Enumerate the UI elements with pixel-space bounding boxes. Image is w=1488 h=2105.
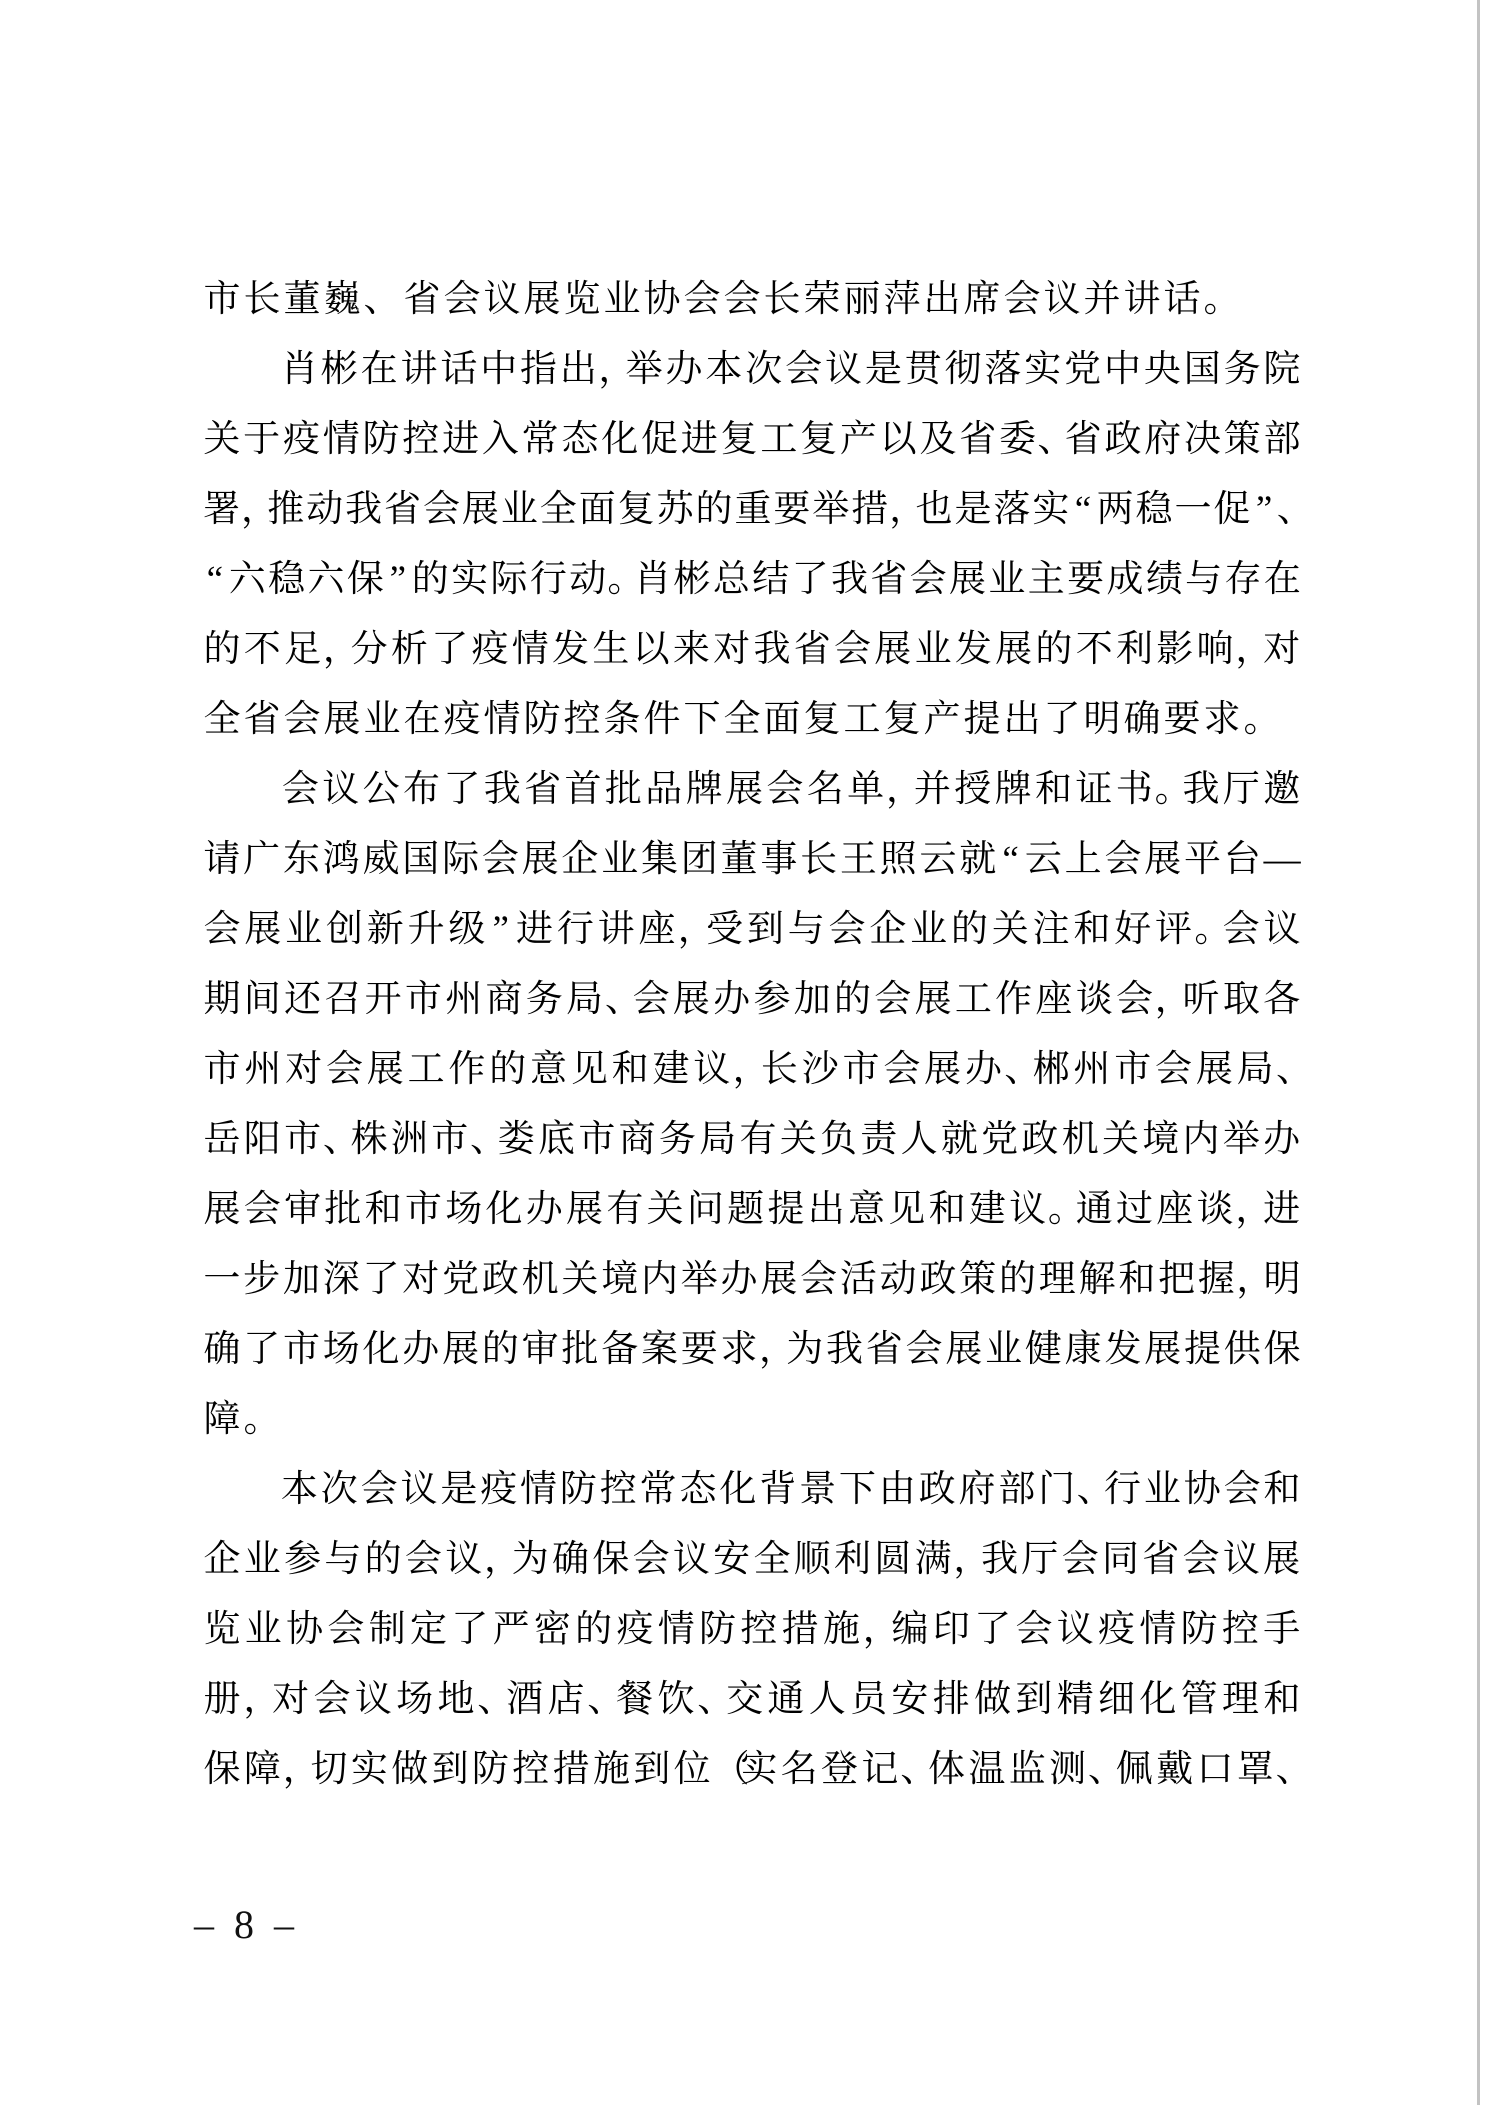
char: 办 xyxy=(712,965,752,1035)
scan-edge-line xyxy=(1477,0,1480,2105)
char: 东 xyxy=(282,825,322,895)
char: 交 xyxy=(725,1665,765,1735)
char: 际 xyxy=(489,545,528,615)
char: 了 xyxy=(790,545,829,615)
char: 提 xyxy=(962,685,1002,755)
char: 、 xyxy=(900,1735,926,1805)
char: 和 xyxy=(1072,895,1112,965)
text-line-15: 一步加深了对党政机关境内举办展会活动政策的理解和把握，明 xyxy=(202,1245,1302,1315)
text-line-20: 览业协会制定了严密的疫情防控措施，编印了会议疫情防控手 xyxy=(202,1595,1302,1665)
char: 册 xyxy=(202,1665,242,1735)
char: 。 xyxy=(242,1385,282,1455)
char: 发 xyxy=(1103,1315,1143,1385)
char: 提 xyxy=(1183,1315,1223,1385)
char: 集 xyxy=(640,825,680,895)
char: 展 xyxy=(243,895,283,965)
char: 会 xyxy=(422,475,461,545)
char: 省 xyxy=(869,545,908,615)
char: 到 xyxy=(1014,1665,1054,1735)
char: 复 xyxy=(802,685,842,755)
char: 体 xyxy=(927,1735,967,1805)
char: 党 xyxy=(980,1105,1020,1175)
paragraph-indent xyxy=(202,790,280,791)
char: 部 xyxy=(1262,405,1302,475)
char: 发 xyxy=(953,615,993,685)
char: 障 xyxy=(202,1385,242,1455)
char: 州 xyxy=(243,1035,283,1105)
char: 局 xyxy=(698,1105,738,1175)
char: 理 xyxy=(1221,1665,1261,1735)
char: 云 xyxy=(1023,825,1063,895)
char: 展 xyxy=(522,265,562,335)
char: 题 xyxy=(726,1175,766,1245)
char: 指 xyxy=(519,335,559,405)
char: 会 xyxy=(280,755,320,825)
char: 院 xyxy=(1262,335,1302,405)
char: 防 xyxy=(1179,1595,1219,1665)
char: 关 xyxy=(202,405,242,475)
char: 我 xyxy=(980,1525,1020,1595)
text-line-1: 市长董巍、省会议展览业协会会长荣丽萍出席会议并讲话。 xyxy=(202,265,1302,335)
char: 动 xyxy=(568,545,607,615)
char: 会 xyxy=(904,1315,944,1385)
char: 办 xyxy=(401,1315,441,1385)
char: “ xyxy=(202,545,228,615)
char: 也 xyxy=(915,475,954,545)
char: 办 xyxy=(1262,1105,1302,1175)
char: 团 xyxy=(679,825,719,895)
char: 确 xyxy=(1122,685,1162,755)
char: 问 xyxy=(685,1175,725,1245)
char: 议 xyxy=(444,1525,484,1595)
char: ， xyxy=(759,1315,785,1385)
char: 展 xyxy=(1194,1035,1234,1105)
char: 批 xyxy=(603,755,643,825)
char: 有 xyxy=(738,1105,778,1175)
char: 利 xyxy=(1114,615,1154,685)
char: 市 xyxy=(202,1035,242,1105)
char: 把 xyxy=(1157,1245,1197,1315)
char: 生 xyxy=(591,615,631,685)
char: 议 xyxy=(1262,895,1302,965)
char: 态 xyxy=(678,1455,718,1525)
char: 董 xyxy=(282,265,322,335)
char: 、 xyxy=(1276,1735,1302,1805)
char: 明 xyxy=(1262,1245,1302,1315)
char: ， xyxy=(953,1525,979,1595)
text-line-3: 关于疫情防控进入常态化促进复工复产以及省委、省政府决策部 xyxy=(202,405,1302,475)
char: 析 xyxy=(389,615,429,685)
char: 市 xyxy=(403,965,443,1035)
char: 取 xyxy=(1221,965,1261,1035)
char: 供 xyxy=(1222,1315,1262,1385)
char: 会 xyxy=(1060,1525,1100,1595)
char: 。 xyxy=(1048,1175,1074,1245)
char: 措 xyxy=(850,475,889,545)
char: 酒 xyxy=(505,1665,545,1735)
char: 的 xyxy=(480,1315,520,1385)
char: 测 xyxy=(1048,1735,1088,1805)
char: 下 xyxy=(838,1455,878,1525)
char: 次 xyxy=(319,1455,359,1525)
char: 控 xyxy=(511,1735,551,1805)
char: 会 xyxy=(1002,265,1042,335)
char: 展 xyxy=(520,825,560,895)
char: 手 xyxy=(1262,1595,1302,1665)
char: 同 xyxy=(1100,1525,1140,1595)
char: 。 xyxy=(1155,755,1181,825)
char: 明 xyxy=(1082,685,1122,755)
char: 党 xyxy=(441,1245,481,1315)
char: 境 xyxy=(1141,1105,1181,1175)
char: 不 xyxy=(1074,615,1114,685)
char: 以 xyxy=(878,405,918,475)
char: 举 xyxy=(1221,1105,1261,1175)
char: 议 xyxy=(1055,1595,1095,1665)
char: 作 xyxy=(994,965,1034,1035)
char: 发 xyxy=(551,615,591,685)
char: 对 xyxy=(401,1245,441,1315)
char: 全 xyxy=(539,475,578,545)
char: 会 xyxy=(480,825,520,895)
char: 为 xyxy=(785,1315,825,1385)
char: 话 xyxy=(1162,265,1202,335)
char: 受 xyxy=(705,895,745,965)
char: 议 xyxy=(1008,1175,1048,1245)
char: 背 xyxy=(758,1455,798,1525)
char: 关 xyxy=(1100,1105,1140,1175)
char: 会 xyxy=(1221,895,1261,965)
char: 疫 xyxy=(442,685,482,755)
char: 戴 xyxy=(1155,1735,1195,1805)
char: 和 xyxy=(610,1035,650,1105)
char: 活 xyxy=(839,1245,879,1315)
char: 保 xyxy=(202,1735,242,1805)
char: 举 xyxy=(624,335,664,405)
char: 长 xyxy=(799,825,839,895)
char: 署 xyxy=(202,475,241,545)
char: 满 xyxy=(913,1525,953,1595)
char: 、 xyxy=(477,1665,503,1735)
char: 会 xyxy=(784,335,824,405)
char: 出 xyxy=(806,1175,846,1245)
char: 严 xyxy=(491,1595,531,1665)
char: 对 xyxy=(284,1035,324,1105)
char: 展 xyxy=(1262,1525,1302,1595)
char: 关 xyxy=(560,1245,600,1315)
char: 实 xyxy=(450,545,489,615)
char: 务 xyxy=(657,1105,697,1175)
char: 中 xyxy=(1103,335,1143,405)
char: 会 xyxy=(1222,1455,1262,1525)
char: 化 xyxy=(600,405,640,475)
char: 级 xyxy=(447,895,487,965)
char: 分 xyxy=(349,615,389,685)
char: 全 xyxy=(202,685,242,755)
char: 意 xyxy=(529,1035,569,1105)
char: 展 xyxy=(948,545,987,615)
char: 座 xyxy=(1034,965,1074,1035)
char: 新 xyxy=(365,895,405,965)
char: 展 xyxy=(913,965,953,1035)
char: 会 xyxy=(359,1455,399,1525)
char: 建 xyxy=(651,1035,691,1105)
char: ， xyxy=(863,1595,889,1665)
char: 议 xyxy=(692,1035,732,1105)
char: 议 xyxy=(321,755,361,825)
char: 产 xyxy=(922,685,962,755)
char: 求 xyxy=(719,1315,759,1385)
char: 的 xyxy=(1034,615,1074,685)
char: 登 xyxy=(820,1735,860,1805)
char: 党 xyxy=(1063,335,1103,405)
char: 会 xyxy=(631,965,671,1035)
char: ， xyxy=(889,475,914,545)
char: 到 xyxy=(745,895,785,965)
char: 情 xyxy=(321,405,361,475)
char: 饮 xyxy=(656,1665,696,1735)
char: 业 xyxy=(243,1595,283,1665)
char: 次 xyxy=(744,335,784,405)
char: 省 xyxy=(242,685,282,755)
char: 评 xyxy=(1154,895,1194,965)
char: 进 xyxy=(515,895,555,965)
char: 中 xyxy=(479,335,519,405)
char: 市 xyxy=(403,1175,443,1245)
char: 保 xyxy=(1262,1315,1302,1385)
char: 会 xyxy=(242,1175,282,1245)
char: 、 xyxy=(697,1665,723,1735)
char: 是 xyxy=(954,475,993,545)
text-line-21: 册，对会议场地、酒店、餐饮、交通人员安排做到精细化管理和 xyxy=(202,1665,1302,1735)
char: 控 xyxy=(598,1455,638,1525)
char: 并 xyxy=(912,755,952,825)
char: 办 xyxy=(524,1175,564,1245)
char: 与 xyxy=(1184,545,1223,615)
char: 下 xyxy=(682,685,722,755)
char: 展 xyxy=(202,1175,242,1245)
char: 步 xyxy=(242,1245,282,1315)
char: 和 xyxy=(1262,1665,1302,1735)
char: 展 xyxy=(461,475,500,545)
char: 协 xyxy=(285,1595,325,1665)
char: 讲 xyxy=(399,335,439,405)
char: 了 xyxy=(1042,685,1082,755)
char: 沙 xyxy=(800,1035,840,1105)
char: ， xyxy=(484,1525,510,1595)
char: 不 xyxy=(242,615,282,685)
char: 要 xyxy=(1066,545,1105,615)
char: 各 xyxy=(1262,965,1302,1035)
char: 响 xyxy=(1195,615,1235,685)
char: 我 xyxy=(344,475,383,545)
char: 局 xyxy=(1235,1035,1275,1105)
char: 省 xyxy=(383,475,422,545)
char: 事 xyxy=(759,825,799,895)
char: 广 xyxy=(242,825,282,895)
char: 机 xyxy=(520,1245,560,1315)
char: 化 xyxy=(1138,1665,1178,1735)
char: 荣 xyxy=(802,265,842,335)
char: 审 xyxy=(283,1175,323,1245)
char: 境 xyxy=(600,1245,640,1315)
char: 展 xyxy=(1143,825,1183,895)
paragraph-indent xyxy=(202,370,279,371)
char: 举 xyxy=(679,1245,719,1315)
char: 省 xyxy=(958,405,998,475)
char: 好 xyxy=(1113,895,1153,965)
char: 的 xyxy=(202,615,242,685)
char: 商 xyxy=(484,965,524,1035)
char: 议 xyxy=(482,265,522,335)
char: 本 xyxy=(279,1455,319,1525)
char: 稳 xyxy=(1135,475,1174,545)
char: 的 xyxy=(998,1245,1038,1315)
char: 是 xyxy=(863,335,903,405)
char: 动 xyxy=(305,475,344,545)
char: 措 xyxy=(551,1735,591,1805)
char: 鸿 xyxy=(321,825,361,895)
char: 印 xyxy=(931,1595,971,1665)
char: 议 xyxy=(353,1665,393,1735)
char: 业 xyxy=(602,265,642,335)
char: 推 xyxy=(266,475,305,545)
char: 两 xyxy=(1096,475,1135,545)
char: 局 xyxy=(565,965,605,1035)
char: ， xyxy=(1155,965,1181,1035)
char: 审 xyxy=(520,1315,560,1385)
char: 会 xyxy=(833,615,873,685)
char: 到 xyxy=(632,1735,672,1805)
char: 名 xyxy=(805,755,845,825)
char: 上 xyxy=(1063,825,1103,895)
char: 加 xyxy=(282,1245,322,1315)
char: 记 xyxy=(860,1735,900,1805)
char: （ xyxy=(712,1735,738,1805)
char: 览 xyxy=(202,1595,242,1665)
char: 由 xyxy=(877,1455,917,1525)
char: 厅 xyxy=(1221,755,1261,825)
text-line-18: 本次会议是疫情防控常态化背景下由政府部门、行业协会和 xyxy=(202,1455,1302,1525)
char: 和 xyxy=(1262,1455,1302,1525)
char: 圆 xyxy=(873,1525,913,1595)
char: 常 xyxy=(638,1455,678,1525)
char: 进 xyxy=(1262,1175,1302,1245)
char: 做 xyxy=(390,1735,430,1805)
char: 萍 xyxy=(882,265,922,335)
char: 的 xyxy=(949,895,989,965)
char: 在 xyxy=(402,685,442,755)
char: 管 xyxy=(1179,1665,1219,1735)
char: 实 xyxy=(1023,335,1063,405)
char: ， xyxy=(678,895,704,965)
char: 密 xyxy=(532,1595,572,1665)
char: 位 xyxy=(672,1735,712,1805)
char: 人 xyxy=(899,1105,939,1175)
char: 巍 xyxy=(322,265,362,335)
char: 政 xyxy=(917,1455,957,1525)
char: 要 xyxy=(679,1315,719,1385)
char: 部 xyxy=(997,1455,1037,1525)
char: 控 xyxy=(739,1595,779,1665)
char: 工 xyxy=(406,1035,446,1105)
char: 化 xyxy=(718,1455,758,1525)
char: 做 xyxy=(973,1665,1013,1735)
char: 化 xyxy=(484,1175,524,1245)
char: 市 xyxy=(282,1315,322,1385)
char: 我 xyxy=(830,545,869,615)
char: 展 xyxy=(365,1035,405,1105)
char: 国 xyxy=(1182,335,1222,405)
char: 企 xyxy=(868,895,908,965)
char: 情 xyxy=(482,685,522,755)
char: 进 xyxy=(441,405,481,475)
char: 首 xyxy=(563,755,603,825)
char: 业 xyxy=(242,1525,282,1595)
char: 见 xyxy=(569,1035,609,1105)
char: 提 xyxy=(766,1175,806,1245)
char: 委 xyxy=(998,405,1038,475)
text-line-7: 全省会展业在疫情防控条件下全面复工复产提出了明确要求。 xyxy=(202,685,1302,755)
char: “ xyxy=(1070,475,1095,545)
char: 促 xyxy=(1212,475,1251,545)
char: 展 xyxy=(725,755,765,825)
char: 府 xyxy=(1143,405,1183,475)
char: 、 xyxy=(1037,405,1063,475)
char: 口 xyxy=(1195,1735,1235,1805)
char: 办 xyxy=(719,1245,759,1315)
char: 彻 xyxy=(943,335,983,405)
char: 府 xyxy=(957,1455,997,1525)
char: 稳 xyxy=(267,545,306,615)
char: 国 xyxy=(401,825,441,895)
char: 行 xyxy=(555,895,595,965)
char: 件 xyxy=(642,685,682,755)
char: 座 xyxy=(1155,1175,1195,1245)
char: 展 xyxy=(671,965,711,1035)
char: 牌 xyxy=(993,755,1033,825)
char: 政 xyxy=(480,1245,520,1315)
char: 丽 xyxy=(842,265,882,335)
char: 工 xyxy=(759,405,799,475)
char: 王 xyxy=(839,825,879,895)
char: 。 xyxy=(1242,685,1282,755)
char: 会 xyxy=(631,1525,671,1595)
char: ” xyxy=(385,545,411,615)
char: 参 xyxy=(283,1525,323,1595)
char: 议 xyxy=(1042,265,1082,335)
char: 会 xyxy=(799,1245,839,1315)
char: ， xyxy=(323,615,349,685)
char: 会 xyxy=(827,895,867,965)
char: 布 xyxy=(402,755,442,825)
char: 注 xyxy=(1031,895,1071,965)
char: 市 xyxy=(1113,1035,1153,1105)
char: 州 xyxy=(444,965,484,1035)
char: 开 xyxy=(363,965,403,1035)
char: 董 xyxy=(719,825,759,895)
char: 为 xyxy=(510,1525,550,1595)
char: 话 xyxy=(439,335,479,405)
char: 会 xyxy=(682,265,722,335)
char: 业 xyxy=(984,1315,1024,1385)
char: 安 xyxy=(890,1665,930,1735)
char: 工 xyxy=(953,965,993,1035)
char: 和 xyxy=(927,1175,967,1245)
char: 席 xyxy=(962,265,1002,335)
char: 参 xyxy=(752,965,792,1035)
char: 议 xyxy=(399,1455,439,1525)
